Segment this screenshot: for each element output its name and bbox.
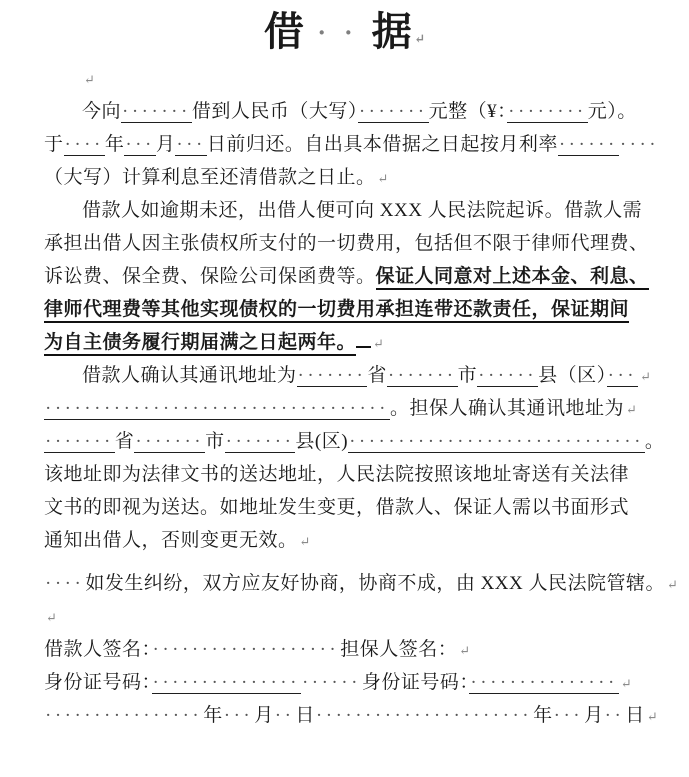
document-line: （大写）计算利息至还清借款之日止。↵ bbox=[44, 161, 645, 194]
text-run: 如发生纠纷，双方应友好协商，协商不成，由 XXX 人民法院管辖。 bbox=[85, 573, 665, 594]
paragraph-mark-icon: ↵ bbox=[647, 709, 658, 724]
blank-field[interactable]: ···· bbox=[64, 134, 105, 156]
text-run: 身份证号码： bbox=[44, 672, 152, 693]
text-run: 县(区) bbox=[295, 431, 348, 452]
space-dots: ······ bbox=[301, 672, 362, 693]
text-run: 借款人确认其通讯地址为 bbox=[82, 365, 297, 386]
document-line: 身份证号码：·····················身份证号码：·······… bbox=[44, 666, 645, 699]
paragraph-mark-icon: ↵ bbox=[46, 610, 57, 625]
text-run: 该地址即为法律文书的送达地址，人民法院按照该地址寄送有关法律 bbox=[44, 464, 629, 485]
text-run: 年 bbox=[203, 705, 223, 726]
blank-field[interactable]: ······· bbox=[121, 101, 192, 123]
document-line: 律师代理费等其他实现债权的一切费用承担连带还款责任，保证期间 bbox=[44, 293, 645, 326]
space-dots: ·· bbox=[604, 705, 626, 726]
paragraph-mark-icon: ↵ bbox=[667, 577, 678, 592]
text-run: 身份证号码： bbox=[362, 672, 470, 693]
space-dots: ··················· bbox=[152, 639, 341, 660]
document-line: 诉讼费、保全费、保险公司保函费等。保证人同意对上述本金、利息、 bbox=[44, 260, 645, 293]
text-run: 于 bbox=[44, 134, 64, 155]
blank-field[interactable]: ··· bbox=[175, 134, 206, 156]
text-run: 。 bbox=[645, 431, 665, 452]
document-line: 借款人签名：···················担保人签名：↵ bbox=[44, 633, 645, 666]
document-line: ················年···月··日················… bbox=[44, 699, 645, 732]
document-body: 借··据↵↵今向·······借到人民币（大写）·······元整（¥：····… bbox=[0, 0, 689, 732]
text-run: 市 bbox=[458, 365, 478, 386]
document-line: ↵ bbox=[44, 62, 645, 95]
text-run: 月 bbox=[156, 134, 176, 155]
blank-field[interactable]: ··············· bbox=[152, 672, 301, 694]
text-run: 元整（¥： bbox=[429, 101, 508, 122]
text-run: 据 bbox=[372, 9, 413, 54]
paragraph-mark-icon: ↵ bbox=[640, 369, 651, 384]
paragraph-mark-icon: ↵ bbox=[84, 72, 95, 87]
text-run: 借 bbox=[264, 9, 305, 54]
document-line: ····如发生纠纷，双方应友好协商，协商不成，由 XXX 人民法院管辖。↵ bbox=[44, 567, 645, 600]
text-run: 今向 bbox=[82, 101, 121, 122]
paragraph-mark-icon: ↵ bbox=[414, 31, 425, 46]
document-line: 借款人如逾期未还，出借人便可向 XXX 人民法院起诉。借款人需 bbox=[44, 194, 645, 227]
document-line: 今向·······借到人民币（大写）·······元整（¥：········元）… bbox=[44, 95, 645, 128]
blank-field[interactable]: ······· bbox=[297, 365, 368, 387]
text-run: （大写）计算利息至还清借款之日止。 bbox=[44, 167, 376, 188]
text-run: 日前归还。自出具本借据之日起按月利率 bbox=[207, 134, 558, 155]
document-line: ↵ bbox=[44, 600, 645, 633]
text-run: 日 bbox=[625, 705, 645, 726]
space-dots: ······················ bbox=[315, 705, 533, 726]
text-run: 月 bbox=[584, 705, 604, 726]
text-run: 借款人如逾期未还，出借人便可向 XXX 人民法院起诉。借款人需 bbox=[82, 200, 642, 221]
blank-field[interactable]: ······ bbox=[558, 134, 619, 156]
text-run: 借到人民币（大写） bbox=[192, 101, 358, 122]
paragraph-mark-icon: ↵ bbox=[459, 643, 470, 658]
space-dots: ···· bbox=[619, 134, 660, 155]
space-dots: ··· bbox=[553, 705, 584, 726]
document-line: ···································。担保人确… bbox=[44, 392, 645, 425]
space-dots: ·· bbox=[316, 18, 371, 47]
document-line: 通知出借人，否则变更无效。↵ bbox=[44, 524, 645, 557]
document-line: 为自主债务履行期届满之日起两年。↵ bbox=[44, 326, 645, 359]
paragraph-mark-icon: ↵ bbox=[626, 402, 637, 417]
text-run: 担保人签名： bbox=[340, 639, 457, 660]
paragraph-mark-icon: ↵ bbox=[373, 336, 384, 351]
blank-field[interactable]: ······ bbox=[477, 365, 538, 387]
paragraph-mark-icon: ↵ bbox=[621, 676, 632, 691]
text-run: 承担出借人因主张债权所支付的一切费用，包括但不限于律师代理费、 bbox=[44, 233, 649, 254]
document-line: 借款人确认其通讯地址为·······省·······市······县（区）···… bbox=[44, 359, 645, 392]
text-run: 通知出借人，否则变更无效。 bbox=[44, 530, 298, 551]
blank-field[interactable]: ······· bbox=[44, 431, 115, 453]
underline-tail bbox=[356, 331, 371, 348]
blank-field[interactable]: ··· bbox=[607, 365, 638, 387]
blank-field[interactable]: ········ bbox=[507, 101, 588, 123]
space-dots: ··· bbox=[223, 705, 254, 726]
blank-field[interactable]: ······· bbox=[358, 101, 429, 123]
document-line: ·······省·······市·······县(区)·············… bbox=[44, 425, 645, 458]
document-line: 于····年···月···日前归还。自出具本借据之日起按月利率·········… bbox=[44, 128, 645, 161]
document-line: 文书的即视为送达。如地址发生变更，借款人、保证人需以书面形式 bbox=[44, 491, 645, 524]
blank-field[interactable]: ··································· bbox=[44, 398, 390, 420]
document-title: 借··据↵ bbox=[44, 4, 645, 62]
text-run: 元）。 bbox=[588, 101, 637, 122]
text-run: 日 bbox=[295, 705, 315, 726]
space-dots: ·· bbox=[274, 705, 296, 726]
blank-field[interactable]: ······· bbox=[387, 365, 458, 387]
paragraph-mark-icon: ↵ bbox=[300, 534, 311, 549]
blank-field[interactable]: ··············· bbox=[469, 672, 618, 694]
document-page[interactable]: 借··据↵↵今向·······借到人民币（大写）·······元整（¥：····… bbox=[0, 0, 689, 777]
space-dots: ···· bbox=[44, 573, 85, 594]
text-run: 县（区） bbox=[538, 365, 607, 386]
text-run: 月 bbox=[254, 705, 274, 726]
blank-field[interactable]: ··· bbox=[124, 134, 155, 156]
text-run: 市 bbox=[205, 431, 225, 452]
emphasis-run: 保证人同意对上述本金、利息、 bbox=[376, 266, 649, 290]
text-run: 。担保人确认其通讯地址为 bbox=[390, 398, 624, 419]
paragraph-mark-icon: ↵ bbox=[378, 171, 389, 186]
emphasis-run: 为自主债务履行期届满之日起两年。 bbox=[44, 332, 356, 356]
text-run: 省 bbox=[115, 431, 135, 452]
space-dots: ················ bbox=[44, 705, 203, 726]
text-run: 借款人签名： bbox=[44, 639, 152, 660]
blank-field[interactable]: ······························ bbox=[348, 431, 645, 453]
text-run: 省 bbox=[367, 365, 387, 386]
text-run: 年 bbox=[533, 705, 553, 726]
blank-field[interactable]: ······· bbox=[134, 431, 205, 453]
document-line: 该地址即为法律文书的送达地址，人民法院按照该地址寄送有关法律 bbox=[44, 458, 645, 491]
text-run: 年 bbox=[105, 134, 125, 155]
text-run: 文书的即视为送达。如地址发生变更，借款人、保证人需以书面形式 bbox=[44, 497, 629, 518]
document-line: 承担出借人因主张债权所支付的一切费用，包括但不限于律师代理费、 bbox=[44, 227, 645, 260]
text-run: 诉讼费、保全费、保险公司保函费等。 bbox=[44, 266, 376, 287]
blank-field[interactable]: ······· bbox=[225, 431, 296, 453]
emphasis-run: 律师代理费等其他实现债权的一切费用承担连带还款责任，保证期间 bbox=[44, 299, 629, 323]
